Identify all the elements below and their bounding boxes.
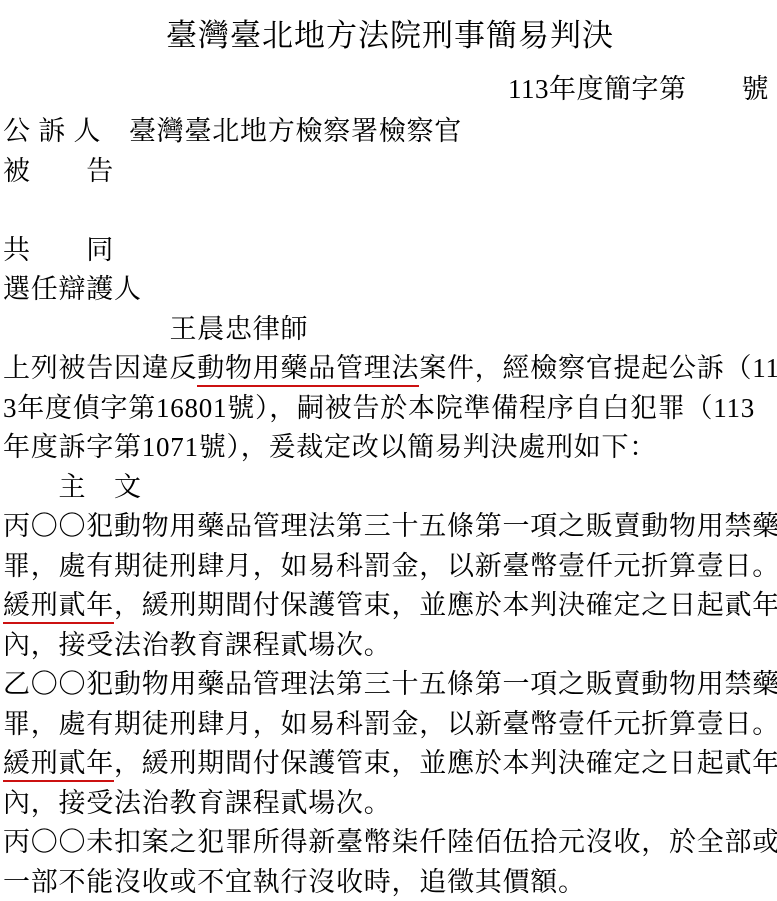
judgment-line: 緩刑貳年，緩刑期間付保護管束，並應於本判決確定之日起貳年 — [3, 586, 777, 626]
judgment-line: 一部不能沒收或不宜執行沒收時，追徵其價額。 — [3, 863, 777, 901]
judgment-page: { "document": { "title": "臺灣臺北地方法院刑事簡易判決… — [0, 0, 777, 901]
judgment-line: 內，接受法治教育課程貳場次。 — [3, 784, 777, 824]
document-body: 公 訴 人 臺灣臺北地方檢察署檢察官被 告共 同選任辯護人 王晨忠律師上列被告因… — [3, 112, 777, 901]
judgment-line: 選任辯護人 — [3, 270, 777, 310]
judgment-line: 年度訴字第1071號），爰裁定改以簡易判決處刑如下： — [3, 428, 777, 468]
judgment-line: 丙〇〇犯動物用藥品管理法第三十五條第一項之販賣動物用禁藥 — [3, 507, 777, 547]
judgment-line: 3年度偵字第16801號），嗣被告於本院準備程序自白犯罪（113 — [3, 389, 777, 429]
judgment-line: 乙〇〇犯動物用藥品管理法第三十五條第一項之販賣動物用禁藥 — [3, 665, 777, 705]
red-underlined-text: 緩刑貳年 — [3, 748, 114, 782]
judgment-line: 被 告 — [3, 152, 777, 192]
red-underlined-text: 動物用藥品管理法 — [197, 353, 419, 387]
case-number: 113年度簡字第 號 — [3, 69, 777, 109]
judgment-line: 罪，處有期徒刑肆月，如易科罰金，以新臺幣壹仟元折算壹日。 — [3, 547, 777, 587]
judgment-document: 臺灣臺北地方法院刑事簡易判決 113年度簡字第 號 公 訴 人 臺灣臺北地方檢察… — [0, 0, 777, 901]
judgment-line — [3, 191, 777, 231]
judgment-line: 公 訴 人 臺灣臺北地方檢察署檢察官 — [3, 112, 777, 152]
document-title: 臺灣臺北地方法院刑事簡易判決 — [3, 0, 777, 54]
red-underlined-text: 緩刑貳年 — [3, 590, 114, 624]
judgment-line: 共 同 — [3, 231, 777, 271]
judgment-line: 主 文 — [3, 468, 777, 508]
judgment-line: 王晨忠律師 — [3, 310, 777, 350]
judgment-line: 內，接受法治教育課程貳場次。 — [3, 626, 777, 666]
judgment-line: 上列被告因違反動物用藥品管理法案件，經檢察官提起公訴（11 — [3, 349, 777, 389]
judgment-line: 緩刑貳年，緩刑期間付保護管束，並應於本判決確定之日起貳年 — [3, 744, 777, 784]
judgment-line: 丙〇〇未扣案之犯罪所得新臺幣柒仟陸佰伍拾元沒收，於全部或 — [3, 823, 777, 863]
judgment-line: 罪，處有期徒刑肆月，如易科罰金，以新臺幣壹仟元折算壹日。 — [3, 705, 777, 745]
